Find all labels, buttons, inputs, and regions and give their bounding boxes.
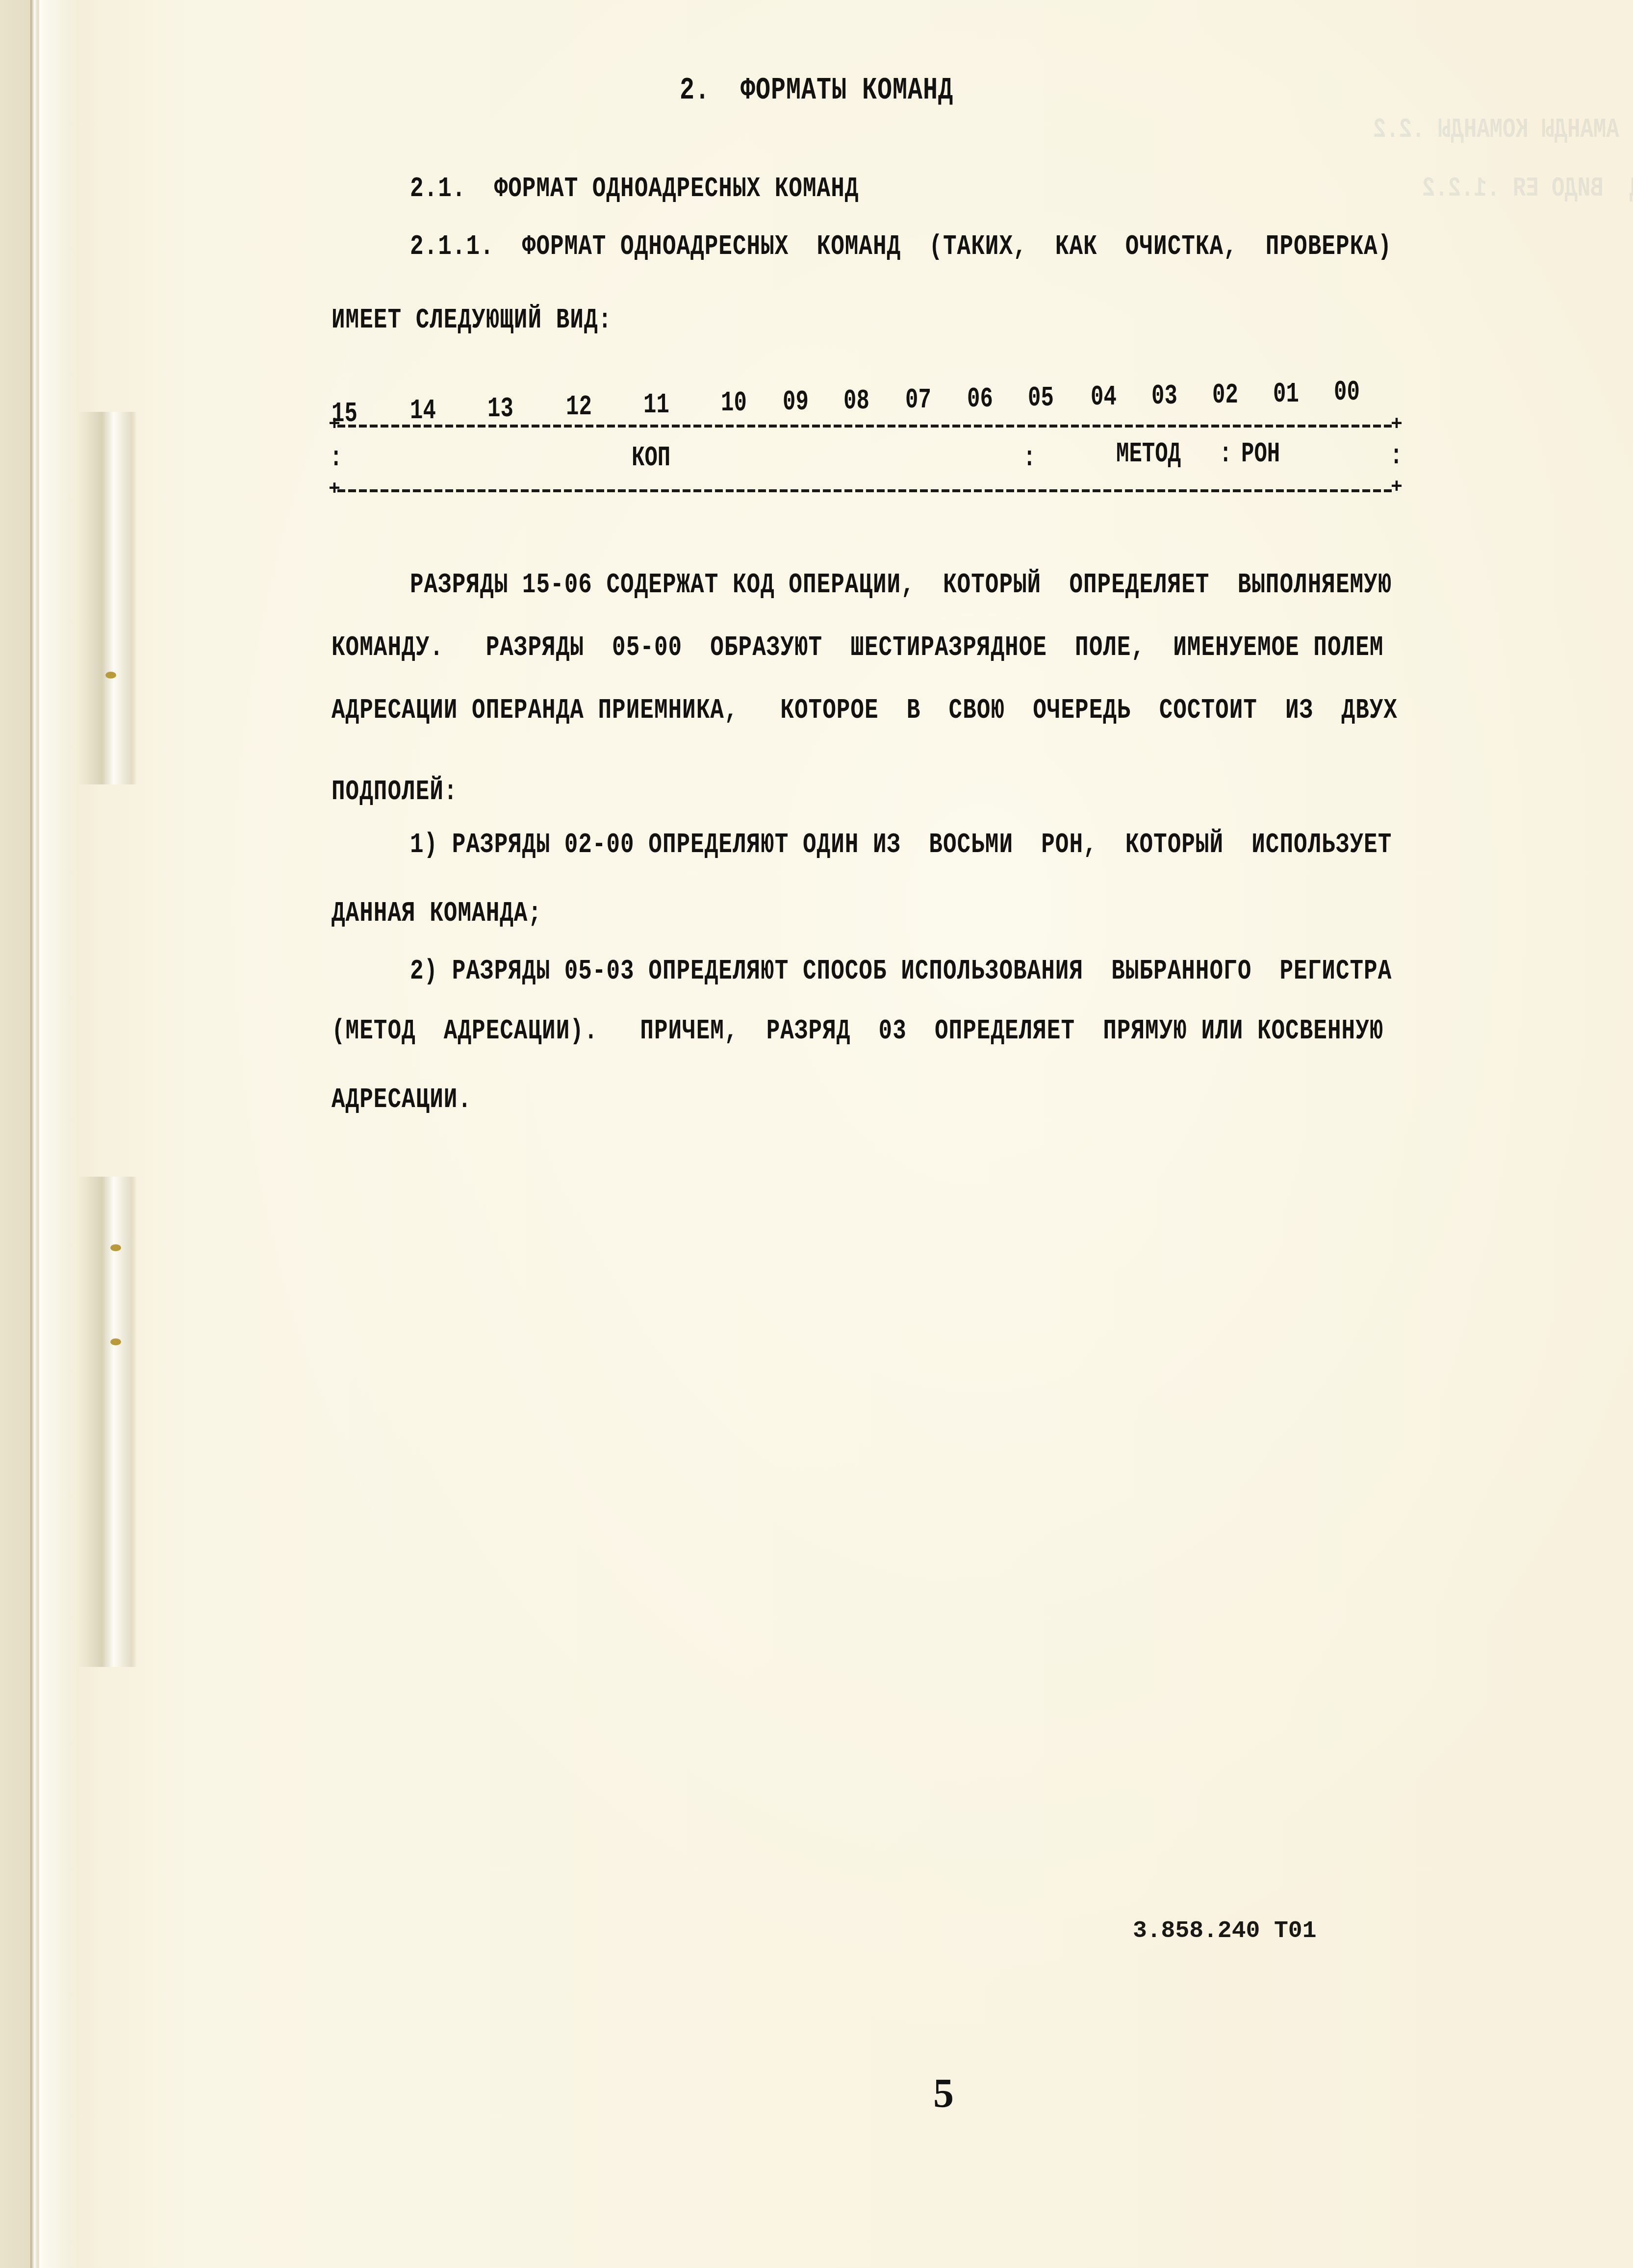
bit-number: 00 bbox=[1334, 377, 1360, 409]
list-item-2: 2) РАЗРЯДЫ 05-03 ОПРЕДЕЛЯЮТ СПОСОБ ИСПОЛ… bbox=[410, 955, 1392, 987]
section-title: 2. ФОРМАТЫ КОМАНД bbox=[0, 74, 1633, 108]
bit-number: 04 bbox=[1091, 382, 1117, 414]
bit-number: 13 bbox=[487, 394, 513, 426]
diagram-separator: : bbox=[1390, 441, 1403, 473]
staple-hole bbox=[105, 672, 116, 679]
binding-edge bbox=[30, 0, 37, 2268]
diagram-top-border bbox=[337, 425, 1393, 428]
subsection-title: 2.1. ФОРМАТ ОДНОАДРЕСНЫХ КОМАНД bbox=[410, 173, 859, 204]
intro-line: ИМЕЕТ СЛЕДУЮЩИЙ ВИД: bbox=[332, 304, 612, 336]
bit-number: 10 bbox=[721, 388, 747, 420]
intro-line: 2.1.1. ФОРМАТ ОДНОАДРЕСНЫХ КОМАНД (ТАКИХ… bbox=[410, 230, 1392, 262]
bit-number: 09 bbox=[783, 387, 809, 419]
list-item-1: 1) РАЗРЯДЫ 02-00 ОПРЕДЕЛЯЮТ ОДИН ИЗ ВОСЬ… bbox=[410, 829, 1392, 860]
staple-mark bbox=[78, 1177, 137, 1667]
bit-number: 03 bbox=[1151, 381, 1177, 413]
diagram-bottom-border bbox=[337, 489, 1393, 492]
diagram-separator: : bbox=[330, 443, 342, 475]
bit-number: 06 bbox=[967, 384, 993, 416]
body-line: КОМАНДУ. РАЗРЯДЫ 05-00 ОБРАЗУЮТ ШЕСТИРАЗ… bbox=[332, 631, 1383, 663]
diagram-corner: + bbox=[1391, 414, 1403, 436]
body-line: ПОДПОЛЕЙ: bbox=[332, 776, 458, 807]
field-opcode: КОП bbox=[632, 443, 670, 475]
list-item-2-cont: АДРЕСАЦИИ. bbox=[332, 1084, 472, 1115]
document-code: 3.858.240 Т01 bbox=[1133, 1918, 1316, 1944]
staple-hole bbox=[110, 1244, 121, 1251]
field-register: РОН bbox=[1241, 439, 1280, 471]
paper-background bbox=[0, 0, 1633, 2268]
bit-number: 12 bbox=[566, 392, 592, 424]
instruction-format-diagram: 15141312111009080706050403020100 + + : К… bbox=[332, 382, 1401, 529]
list-item-2-cont: (МЕТОД АДРЕСАЦИИ). ПРИЧЕМ, РАЗРЯД 03 ОПР… bbox=[332, 1015, 1383, 1047]
staple-hole bbox=[110, 1338, 121, 1345]
bit-number: 07 bbox=[905, 385, 931, 417]
bit-number: 11 bbox=[643, 390, 669, 422]
bit-number: 01 bbox=[1273, 379, 1299, 411]
body-line: РАЗРЯДЫ 15-06 СОДЕРЖАТ КОД ОПЕРАЦИИ, КОТ… bbox=[410, 569, 1392, 601]
body-line: АДРЕСАЦИИ ОПЕРАНДА ПРИЕМНИКА, КОТОРОЕ В … bbox=[332, 694, 1398, 726]
page-number: 5 bbox=[933, 2070, 954, 2117]
diagram-corner: + bbox=[1391, 477, 1403, 499]
field-method: МЕТОД bbox=[1116, 439, 1181, 471]
diagram-separator: : bbox=[1219, 439, 1232, 471]
bit-number: 14 bbox=[410, 396, 436, 428]
bit-number-row: 15141312111009080706050403020100 bbox=[332, 382, 1401, 412]
bleed-through-text: .ЯИНАВОДЕ ,ЯАКТЯЙЕАЕ ИНТАД ВИДО ЕЯ .1.2.… bbox=[1422, 174, 1633, 204]
bit-number: 02 bbox=[1212, 380, 1238, 412]
bit-number: 08 bbox=[843, 386, 869, 418]
binding-strip bbox=[39, 0, 78, 2268]
diagram-separator: : bbox=[1023, 443, 1036, 475]
bit-number: 05 bbox=[1028, 383, 1054, 415]
list-item-1-cont: ДАННАЯ КОМАНДА; bbox=[332, 897, 542, 929]
staple-mark bbox=[78, 412, 137, 784]
bleed-through-text: АМАНДЫ КОМАНДЫ .2.2 bbox=[1373, 115, 1619, 146]
